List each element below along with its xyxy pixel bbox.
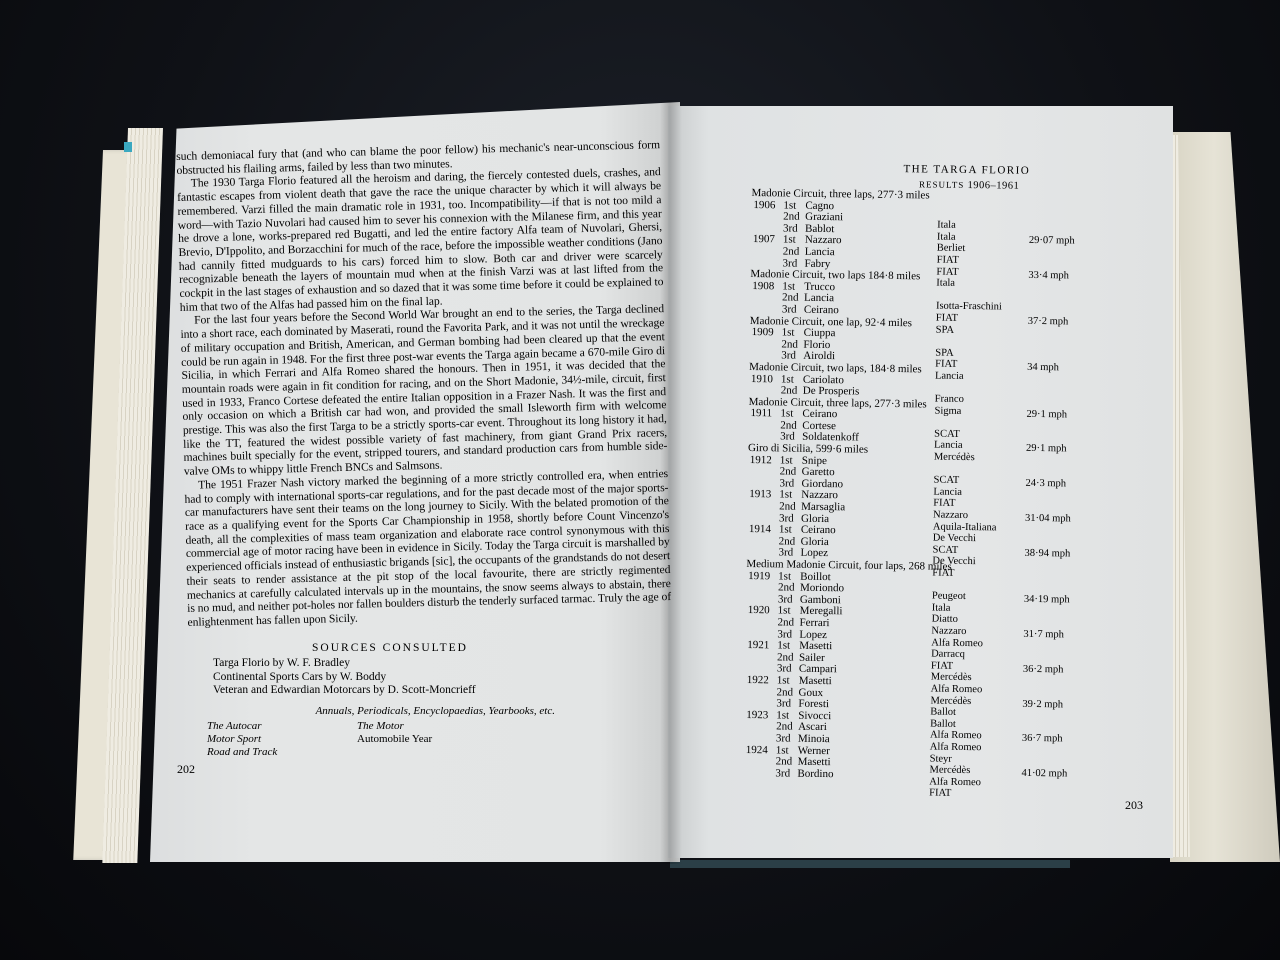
- result-position: 2nd: [783, 246, 800, 258]
- result-year: 1921: [747, 640, 769, 652]
- result-year: 1912: [750, 455, 772, 467]
- page-number-left: 202: [177, 762, 195, 777]
- result-year: 1919: [748, 571, 770, 583]
- periodical: Automobile Year: [357, 733, 557, 746]
- paragraph: The 1930 Targa Florio featured all the h…: [177, 166, 664, 315]
- result-position: 3rd: [776, 733, 791, 745]
- result-year: 1907: [753, 234, 775, 246]
- result-year: 1920: [748, 605, 770, 617]
- result-position: 1st: [777, 675, 790, 687]
- cover-bottom-edge: [670, 860, 1070, 868]
- periodicals-col-1: The Autocar Motor Sport Road and Track: [207, 720, 357, 759]
- results-label: RESULTS: [919, 179, 964, 190]
- periodical: Motor Sport: [207, 733, 357, 746]
- periodical: The Autocar: [207, 720, 357, 733]
- periodicals-col-2: The Motor Automobile Year: [357, 720, 557, 759]
- page-number-right: 203: [1125, 798, 1143, 813]
- source-book: Veteran and Edwardian Motorcars by D. Sc…: [213, 684, 565, 697]
- cover-teal-corner: [124, 142, 132, 152]
- result-year: 1924: [746, 744, 768, 756]
- annuals-heading: Annuals, Periodicals, Encyclopaedias, Ye…: [185, 705, 555, 718]
- result-year: 1910: [751, 374, 773, 386]
- result-car: FIAT: [929, 788, 951, 800]
- result-year: 1909: [752, 327, 774, 339]
- sources-books: Targa Florio by W. F. Bradley Continenta…: [213, 657, 565, 697]
- paragraph: The 1951 Frazer Nash victory marked the …: [184, 467, 672, 630]
- periodicals-list: The Autocar Motor Sport Road and Track T…: [207, 720, 565, 759]
- result-driver: Bordino: [797, 768, 833, 780]
- paragraph: For the last four years before the Secon…: [180, 303, 668, 479]
- source-book: Continental Sports Cars by W. Boddy: [213, 671, 565, 684]
- result-year: 1908: [752, 281, 774, 293]
- left-page-body: such demoniacal fury that (and who can b…: [176, 138, 672, 629]
- results-table: Madonie Circuit, three laps, 277·3 miles…: [743, 188, 1131, 796]
- result-year: 1906: [753, 200, 775, 212]
- periodical: The Motor: [357, 720, 557, 733]
- sources-title: SOURCES CONSULTED: [215, 642, 565, 655]
- result-year: 1922: [747, 675, 769, 687]
- result-position: 2nd: [777, 617, 794, 629]
- result-year: 1913: [749, 489, 771, 501]
- periodical: Road and Track: [207, 746, 357, 759]
- right-page-body: THE TARGA FLORIO RESULTS 1906–1961 Madon…: [743, 161, 1132, 796]
- results-years: 1906–1961: [967, 180, 1019, 192]
- result-position: 3rd: [775, 768, 790, 780]
- result-year: 1923: [746, 710, 768, 722]
- sources-consulted: SOURCES CONSULTED Targa Florio by W. F. …: [185, 642, 565, 759]
- open-book: such demoniacal fury that (and who can b…: [0, 0, 1280, 960]
- result-year: 1914: [749, 524, 771, 536]
- source-book: Targa Florio by W. F. Bradley: [213, 657, 565, 670]
- result-year: 1911: [750, 408, 772, 420]
